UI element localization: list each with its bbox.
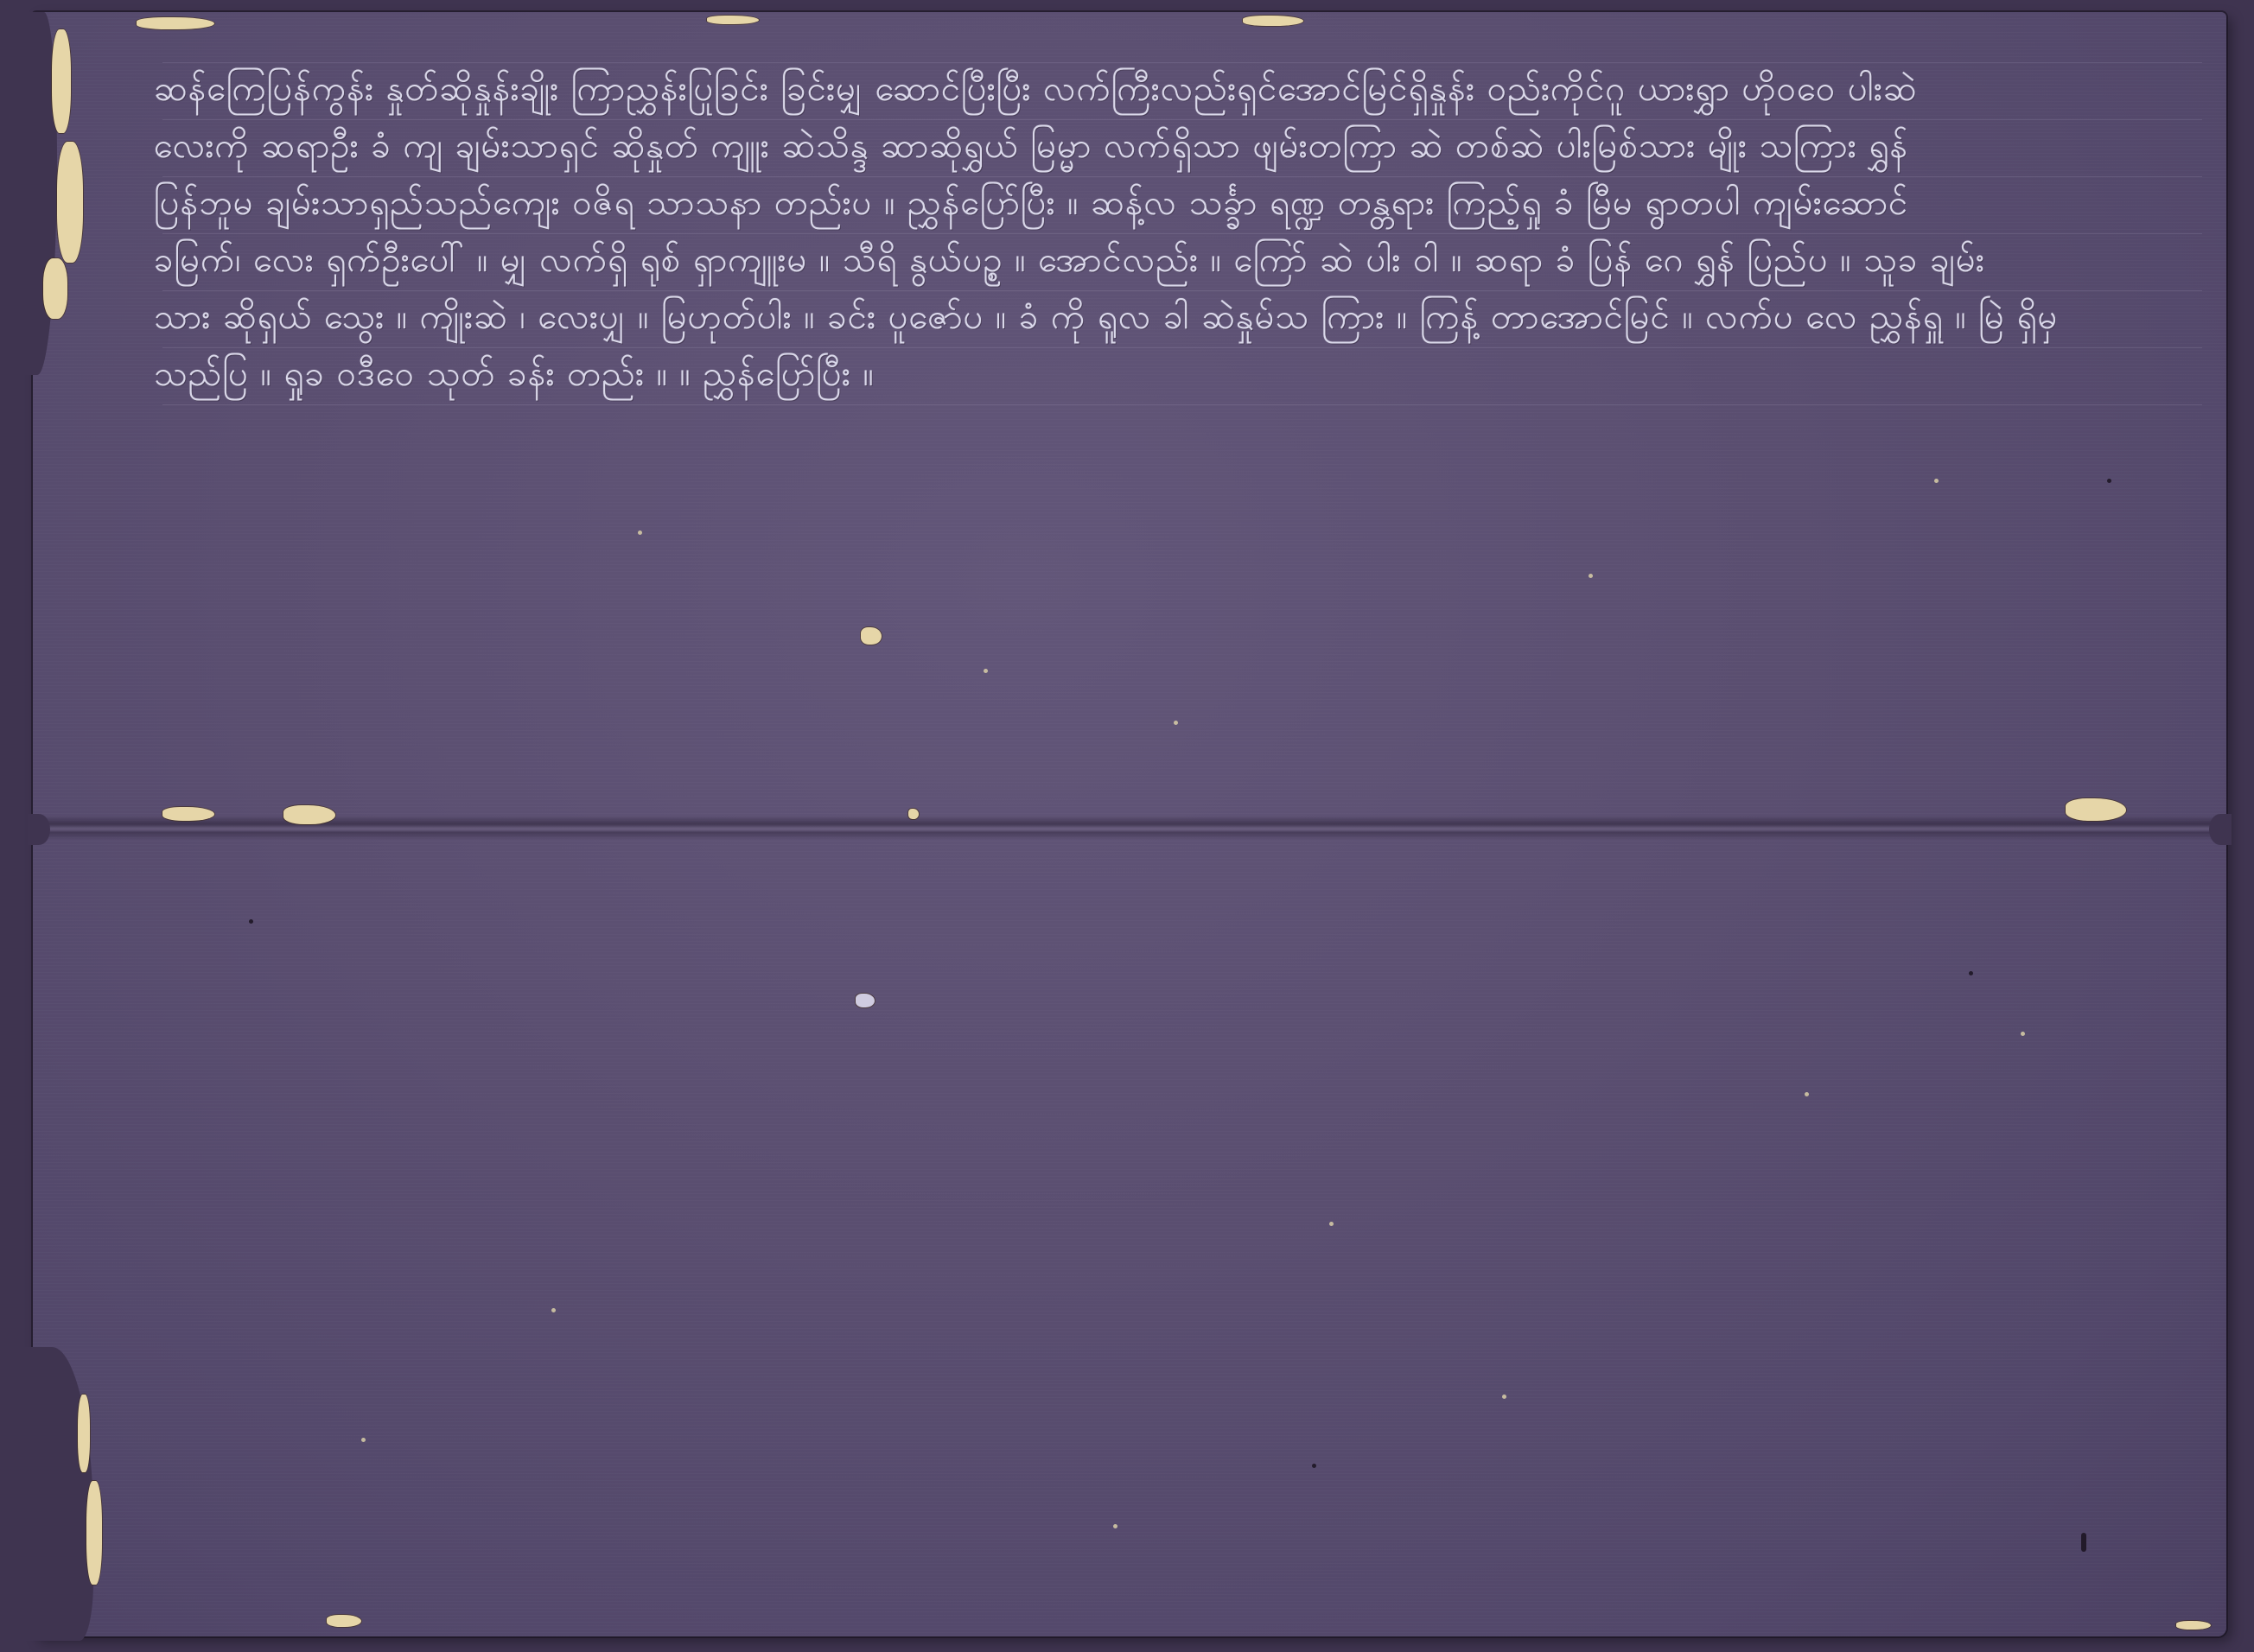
text-line-6: သည်ပြ ။ ရှုခ ဝဒီဝေ သုတ် ခန်း တည်း ။ ။ ညွ… [154, 346, 2228, 403]
text-line-1: ဆန်ကြေပြန်ကွန်း နှုတ်ဆိုနှုန်းချိုး ကြာည… [154, 60, 2228, 118]
flake-mark [52, 29, 71, 133]
speck [1329, 1222, 1334, 1226]
flake-mark [137, 17, 214, 29]
speck [1805, 1092, 1809, 1096]
ruling-line [162, 404, 2202, 405]
text-line-2: လေးကို ဆရာဦး ခံ ကျ ချမ်းသာရှင် ဆိုနှုတ် … [154, 118, 2228, 175]
manuscript-leaf: ဆန်ကြေပြန်ကွန်း နှုတ်ဆိုနှုန်းချိုး ကြာည… [33, 12, 2226, 1636]
speck [984, 669, 988, 673]
flake-mark [327, 1615, 361, 1627]
fold-crease [33, 816, 2226, 840]
flake-mark [78, 1395, 90, 1472]
speck [1969, 971, 1973, 975]
text-line-4: ခမြက်၊ လေး ရှက်ဦးပေါ် ။ မျှ လက်ရှိ ရုစ် … [154, 232, 2228, 289]
flake-mark [283, 805, 335, 824]
flake-mark [861, 627, 882, 645]
flake-mark [1243, 16, 1303, 26]
crease-notch-left [28, 814, 50, 845]
speck [361, 1438, 366, 1442]
flake-mark [162, 807, 214, 821]
flake-mark [707, 16, 759, 24]
speck [551, 1308, 556, 1312]
crease-notch-right [2209, 814, 2232, 845]
flake-mark [2066, 798, 2126, 821]
speck [2107, 479, 2111, 483]
flake-mark [86, 1481, 102, 1585]
text-line-5: သား ဆိုရှယ် သွေး ။ ကျိုးဆဲ ၊ လေးပျှ ။ မြ… [154, 289, 2228, 346]
text-line-3: ပြန်ဘူမ ချမ်းသာရှည်သည်ကျေး ဝဇိရ သာသနာ တည… [154, 175, 2228, 232]
speck [1113, 1524, 1117, 1528]
speck [1174, 721, 1178, 725]
flake-mark [856, 994, 875, 1007]
flake-mark [2176, 1621, 2211, 1630]
speck [2081, 1533, 2086, 1552]
photo-scene: ဆန်ကြေပြန်ကွန်း နှုတ်ဆိုနှုန်းချိုး ကြာည… [0, 0, 2254, 1652]
speck [1502, 1395, 1506, 1399]
speck [1589, 574, 1593, 578]
manuscript-text: ဆန်ကြေပြန်ကွန်း နှုတ်ဆိုနှုန်းချိုး ကြာည… [154, 60, 2228, 403]
speck [1312, 1464, 1316, 1468]
torn-edge-lower-left [24, 1347, 93, 1641]
speck [638, 531, 642, 535]
flake-mark [908, 809, 919, 819]
flake-mark [43, 258, 67, 319]
flake-mark [57, 142, 83, 263]
speck [1934, 479, 1939, 483]
speck [2021, 1032, 2025, 1036]
speck [249, 919, 253, 924]
